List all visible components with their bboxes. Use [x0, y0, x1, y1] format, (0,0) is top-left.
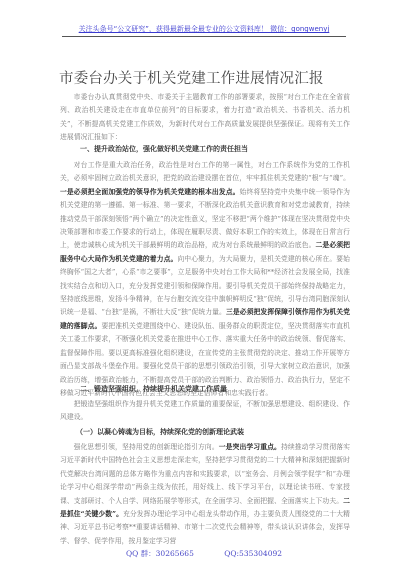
subsection-1-bold-1: 一是突出学习重点。 [219, 443, 281, 451]
qq-group-number: QQ 群：30265665 [126, 549, 194, 558]
header-banner-link[interactable]: 关注头条号“公文研究”，获得最新最全最专业的公文资料库！ 微信：gongweny… [62, 24, 346, 37]
section-1-heading: 一、提升政治站位，强化做好机关党建工作的责任担当 [80, 144, 248, 154]
intro-text: 市委台办认真贯彻党中央、市委关于主题教育工作的部署要求，按照“对台工作走在全省前… [60, 91, 350, 145]
intro-paragraph: 市委台办认真贯彻党中央、市委关于主题教育工作的部署要求，按照“对台工作走在全省前… [60, 91, 350, 145]
section-2-heading: 二、锻造坚强组织，持续提升机关党建工作质量 [80, 384, 227, 394]
section-1-text-c: 始终将坚持党中央集中统一领导作为机关党建的第一遵循、第一标准、第一要求，不断深化… [60, 188, 350, 250]
section-1-bold-1: 一是必须把全面加强党的领导作为机关党建的根本出发点。 [60, 188, 240, 196]
qq-number: QQ:535304092 [224, 549, 282, 558]
section-1-text-a: 对台工作是重大政治任务，政治性是对台工作的第一属性，对台工作系统作为党的工作机关… [60, 161, 350, 182]
section-1-paragraph: 对台工作是重大政治任务，政治性是对台工作的第一属性，对台工作系统作为党的工作机关… [60, 159, 350, 400]
subsection-1-text-c: 持续推动学习贯彻落实习近平新时代中国特色社会主义思想走深走实，坚持把学习贯彻党的… [60, 443, 350, 505]
document-title: 市委台办关于机关党建工作进展情况汇报 [59, 67, 324, 88]
section-2-text: 把锻造坚强组织作为提升机关党建工作质量的重要保证，不断加强思想建设、组织建设、作… [60, 398, 350, 425]
subsection-1-text-a: 强化思想引领，坚持用党的创新理论指引方向。 [74, 443, 219, 451]
footer-contacts: QQ 群：30265665 QQ:535304092 [0, 548, 408, 559]
subsection-1-paragraph: 强化思想引领，坚持用党的创新理论指引方向。一是突出学习重点。持续推动学习贯彻落实… [60, 441, 350, 548]
subsection-1-heading: （一）以凝心铸魂为目标，持续深化党的创新理论武装 [76, 427, 244, 437]
section-2-paragraph: 把锻造坚强组织作为提升机关党建工作质量的重要保证，不断加强思想建设、组织建设、作… [60, 398, 350, 425]
